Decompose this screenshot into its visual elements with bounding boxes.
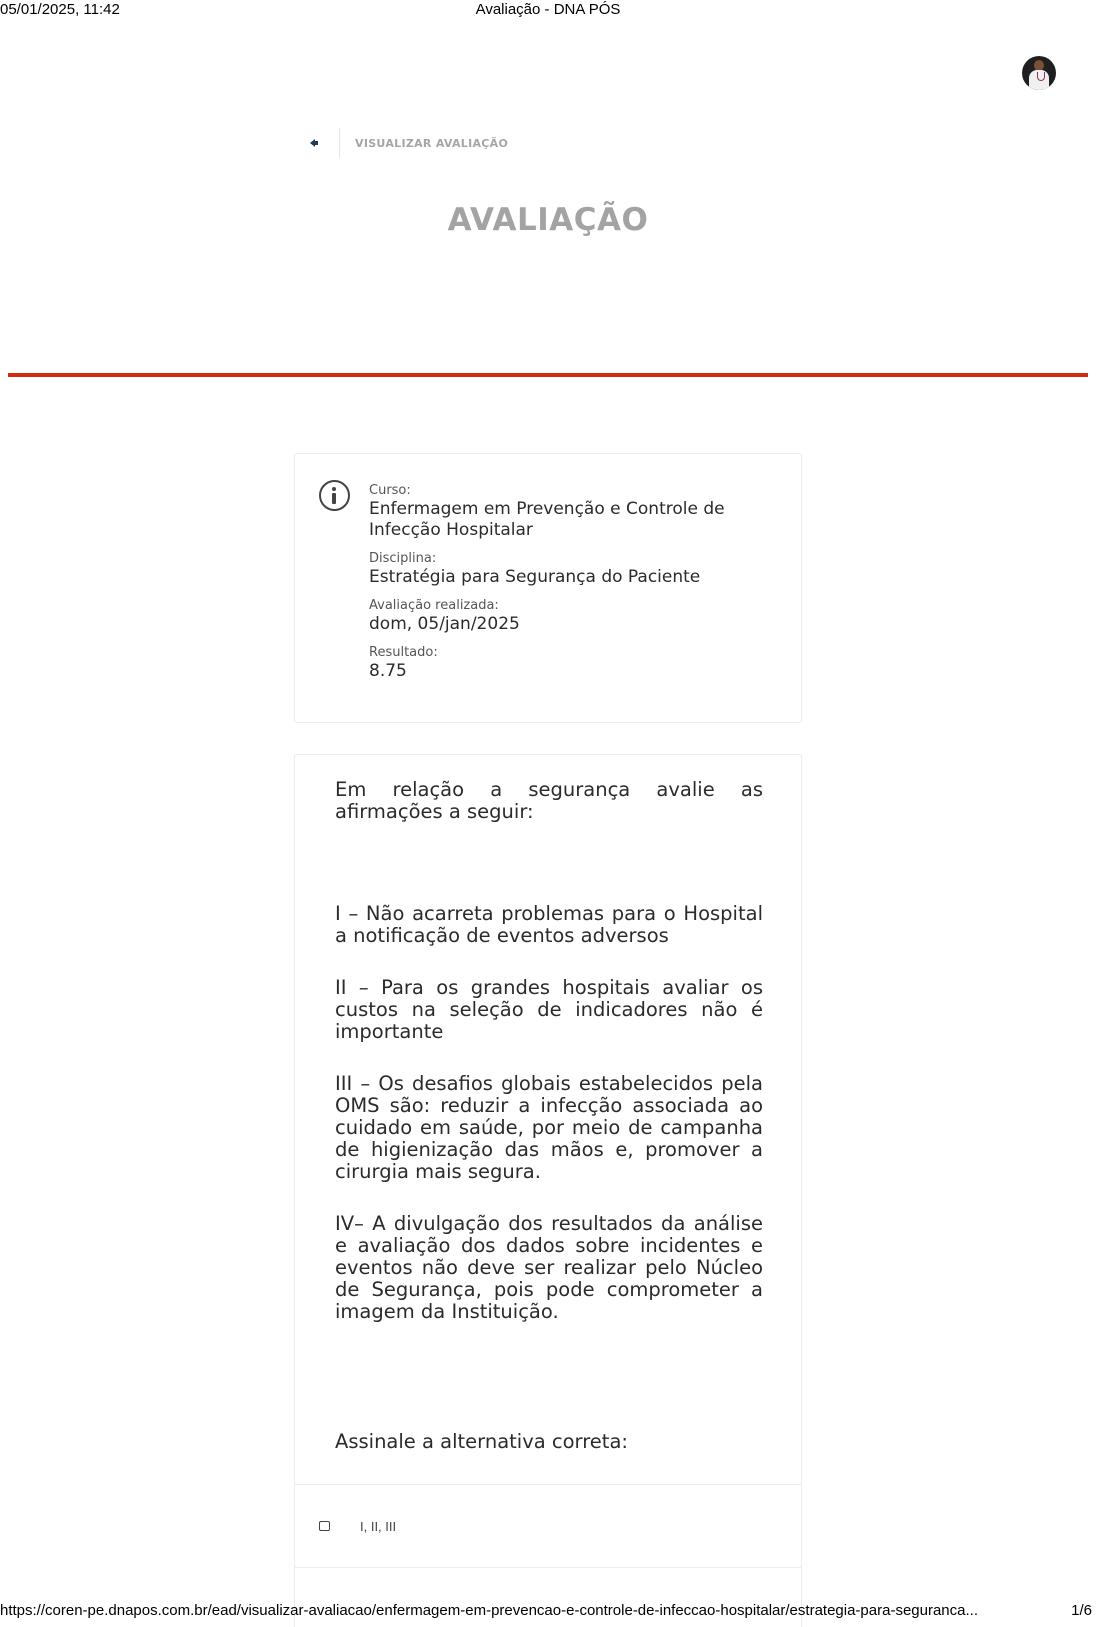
- print-footer: https://coren-pe.dnapos.com.br/ead/visua…: [0, 1602, 1096, 1624]
- date-label: Avaliação realizada:: [369, 598, 779, 614]
- option-divider: [295, 1567, 801, 1568]
- course-value: Enfermagem em Prevenção e Controle de In…: [369, 499, 779, 541]
- back-button[interactable]: [300, 128, 330, 158]
- answer-option[interactable]: I, II, III: [295, 1485, 801, 1568]
- avatar-stethoscope: [1037, 72, 1045, 81]
- question-body: Em relação a segurança avalie as afirmaç…: [335, 779, 763, 1353]
- statement-3: III – Os desafios globais estabelecidos …: [335, 1073, 763, 1183]
- question-intro: Em relação a segurança avalie as afirmaç…: [335, 779, 763, 823]
- info-fields: Curso: Enfermagem em Prevenção e Control…: [369, 483, 779, 692]
- print-document-title: Avaliação - DNA PÓS: [0, 1, 1096, 18]
- breadcrumb: VISUALIZAR AVALIAÇÃO: [300, 128, 508, 158]
- breadcrumb-divider: [339, 128, 340, 158]
- option-label: I, II, III: [360, 1519, 396, 1534]
- statement-1: I – Não acarreta problemas para o Hospit…: [335, 903, 763, 947]
- accent-divider: [8, 373, 1088, 377]
- statement-2: II – Para os grandes hospitais avaliar o…: [335, 977, 763, 1043]
- breadcrumb-label: VISUALIZAR AVALIAÇÃO: [355, 137, 508, 150]
- assessment-info-card: Curso: Enfermagem em Prevenção e Control…: [294, 453, 802, 723]
- question-card: Em relação a segurança avalie as afirmaç…: [294, 754, 802, 1627]
- date-value: dom, 05/jan/2025: [369, 614, 779, 635]
- result-value: 8.75: [369, 661, 779, 682]
- statement-4: IV– A divulgação dos resultados da análi…: [335, 1213, 763, 1323]
- print-header: 05/01/2025, 11:42 Avaliação - DNA PÓS: [0, 0, 1096, 20]
- page-title: AVALIAÇÃO: [0, 202, 1096, 238]
- result-label: Resultado:: [369, 645, 779, 661]
- info-circle-icon: [319, 480, 350, 511]
- arrow-left-icon: [310, 139, 315, 147]
- question-prompt: Assinale a alternativa correta:: [335, 1430, 628, 1453]
- option-checkbox[interactable]: [319, 1521, 330, 1531]
- course-label: Curso:: [369, 483, 779, 499]
- user-avatar[interactable]: [1022, 56, 1056, 90]
- print-url: https://coren-pe.dnapos.com.br/ead/visua…: [0, 1602, 978, 1619]
- print-page-indicator: 1/6: [1071, 1602, 1092, 1619]
- discipline-value: Estratégia para Segurança do Paciente: [369, 567, 779, 588]
- discipline-label: Disciplina:: [369, 551, 779, 567]
